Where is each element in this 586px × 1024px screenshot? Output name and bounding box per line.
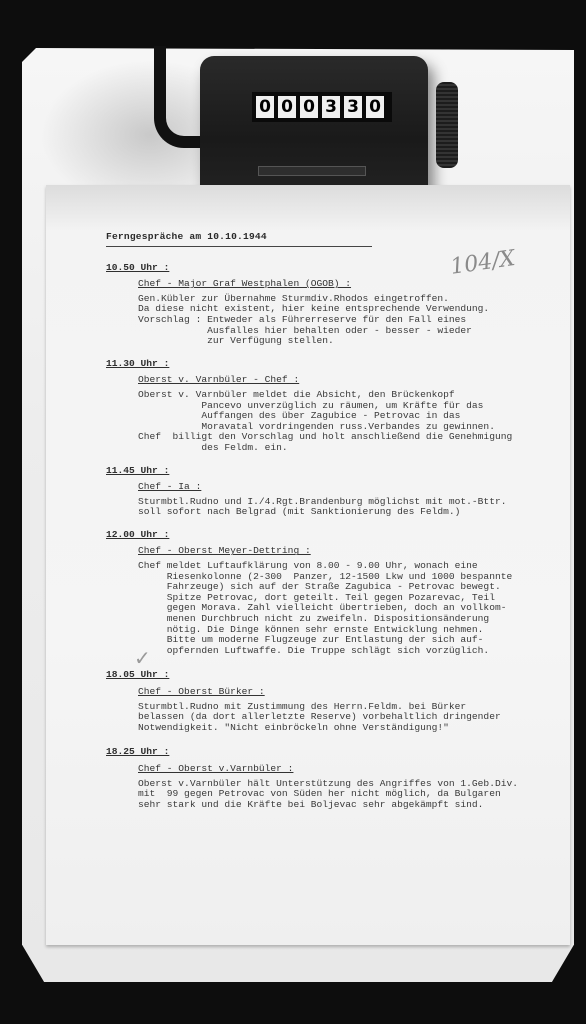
call-time: 10.50 Uhr : (106, 263, 566, 274)
call-text-line: opfernden Luftwaffe. Die Truppe schlägt … (138, 646, 566, 657)
call-entry: 18.25 Uhr :Chef - Oberst v.Varnbüler :Ob… (106, 747, 566, 810)
call-participants: Chef - Oberst v.Varnbüler : (138, 764, 566, 775)
counter-body: 0 0 0 3 3 0 (200, 56, 428, 194)
call-participants: Chef - Oberst Bürker : (138, 687, 566, 698)
counter-cable (154, 46, 206, 148)
call-participants: Chef - Ia : (138, 482, 566, 493)
call-time: 11.30 Uhr : (106, 359, 566, 370)
call-text-line: des Feldm. ein. (138, 443, 566, 454)
counter-readout: 0 0 0 3 3 0 (252, 92, 392, 122)
document-content: Ferngespräche am 10.10.1944 10.50 Uhr :C… (106, 232, 566, 810)
mechanical-frame-counter: 0 0 0 3 3 0 (200, 56, 430, 196)
counter-reset-knob (436, 82, 458, 168)
counter-digit: 3 (322, 96, 340, 118)
counter-digit: 0 (300, 96, 318, 118)
call-log-entries: 10.50 Uhr :Chef - Major Graf Westphalen … (106, 263, 566, 811)
call-participants: Oberst v. Varnbüler - Chef : (138, 375, 566, 386)
call-text-line: sehr stark und die Kräfte bei Boljevac s… (138, 800, 566, 811)
call-entry: 18.05 Uhr :Chef - Oberst Bürker :Sturmbt… (106, 670, 566, 733)
call-text-line: Notwendigkeit. "Nicht einbröckeln ohne V… (138, 723, 566, 734)
counter-digit: 3 (344, 96, 362, 118)
document-title: Ferngespräche am 10.10.1944 (106, 232, 372, 247)
call-participants: Chef - Oberst Meyer-Dettring : (138, 546, 566, 557)
call-entry: 11.45 Uhr :Chef - Ia :Sturmbtl.Rudno und… (106, 466, 566, 518)
call-entry: 11.30 Uhr :Oberst v. Varnbüler - Chef :O… (106, 359, 566, 454)
call-entry: 10.50 Uhr :Chef - Major Graf Westphalen … (106, 263, 566, 347)
counter-digit: 0 (366, 96, 384, 118)
call-text-line: Oberst v. Varnbüler meldet die Absicht, … (138, 390, 566, 401)
call-participants: Chef - Major Graf Westphalen (OGOB) : (138, 279, 566, 290)
counter-digit: 0 (256, 96, 274, 118)
call-time: 11.45 Uhr : (106, 466, 566, 477)
call-time: 18.25 Uhr : (106, 747, 566, 758)
call-time: 18.05 Uhr : (106, 670, 566, 681)
counter-slot (258, 166, 366, 176)
counter-digit: 0 (278, 96, 296, 118)
call-text-line: soll sofort nach Belgrad (mit Sanktionie… (138, 507, 566, 518)
call-time: 12.00 Uhr : (106, 530, 566, 541)
call-entry: 12.00 Uhr :Chef - Oberst Meyer-Dettring … (106, 530, 566, 657)
call-text-line: Vorschlag : Entweder als Führerreserve f… (138, 315, 566, 326)
call-text-line: zur Verfügung stellen. (138, 336, 566, 347)
